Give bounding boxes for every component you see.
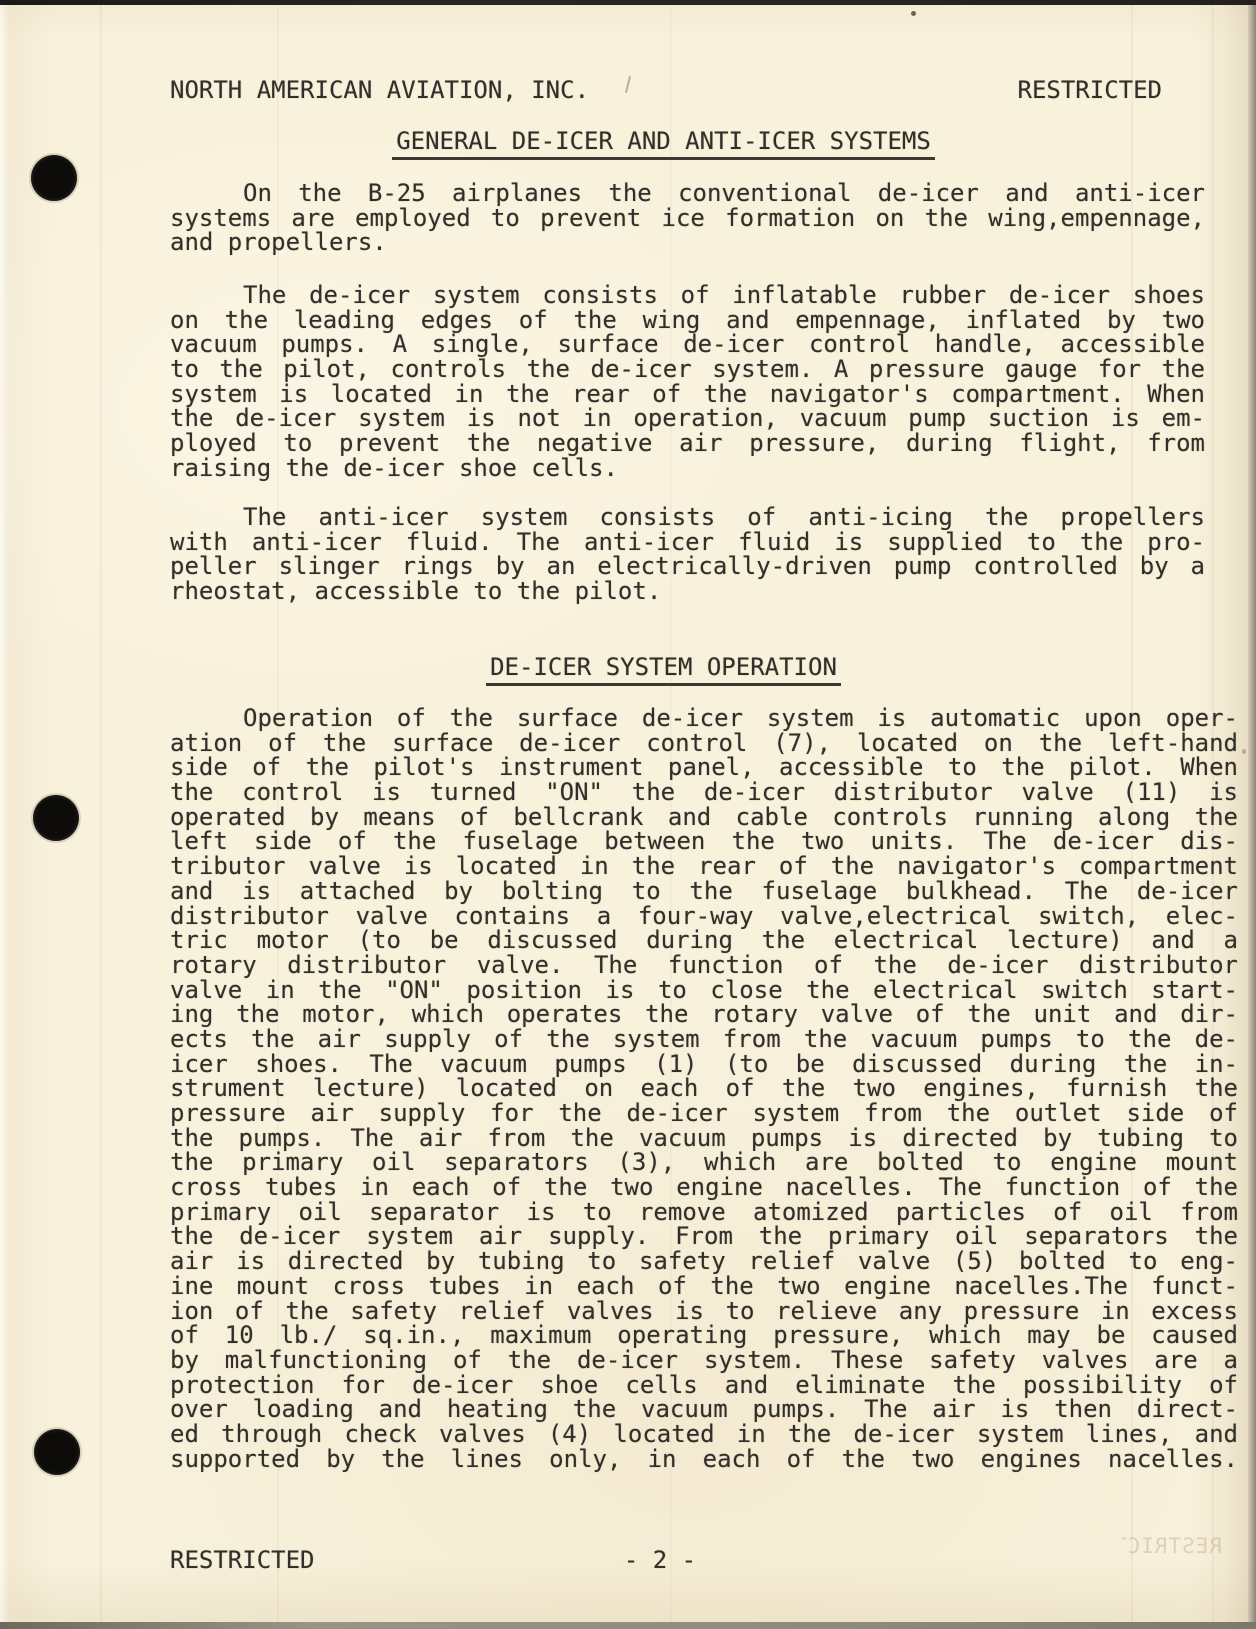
punch-hole bbox=[31, 155, 77, 201]
scanned-document-page: NORTH AMERICAN AVIATION, INC. RESTRICTED… bbox=[0, 0, 1256, 1629]
title-general: GENERAL DE-ICER AND ANTI-ICER SYSTEMS bbox=[170, 127, 1205, 160]
text-line: operated by means of bellcrank and cable… bbox=[170, 805, 1238, 830]
company-name: NORTH AMERICAN AVIATION, INC. bbox=[170, 76, 589, 104]
text-line: peller slinger rings by an electrically-… bbox=[170, 554, 1205, 579]
text-line: distributor valve contains a four-way va… bbox=[170, 904, 1238, 929]
text-line: ed through check valves (4) located in t… bbox=[170, 1422, 1238, 1447]
scan-edge-bottom bbox=[0, 1622, 1256, 1629]
text-line: side of the pilot's instrument panel, ac… bbox=[170, 755, 1238, 780]
ink-speck bbox=[1242, 749, 1246, 754]
text-line: strument lecture) located on each of the… bbox=[170, 1076, 1238, 1101]
text-line: of 10 lb./ sq.in., maximum operating pre… bbox=[170, 1323, 1238, 1348]
text-line: supported by the lines only, in each of … bbox=[170, 1447, 1238, 1472]
text-line: systems are employed to prevent ice form… bbox=[170, 206, 1205, 231]
text-line: rheostat, accessible to the pilot. bbox=[170, 579, 1205, 604]
text-line: pressure air supply for the de-icer syst… bbox=[170, 1101, 1238, 1126]
text-line: cross tubes in each of the two engine na… bbox=[170, 1175, 1238, 1200]
text-line: the de-icer system is not in operation, … bbox=[170, 406, 1205, 431]
text-line: On the B-25 airplanes the conventional d… bbox=[170, 181, 1205, 206]
text-line: system is located in the rear of the nav… bbox=[170, 382, 1205, 407]
text-line: and propellers. bbox=[170, 230, 1205, 255]
text-line: The de-icer system consists of inflatabl… bbox=[170, 283, 1205, 308]
body-paragraph: Operation of the surface de-icer system … bbox=[170, 706, 1238, 1471]
text-line: air is directed by tubing to safety reli… bbox=[170, 1249, 1238, 1274]
text-line: rotary distributor valve. The function o… bbox=[170, 953, 1238, 978]
text-line: left side of the fuselage between the tw… bbox=[170, 829, 1238, 854]
page-number: - 2 - bbox=[170, 1546, 1150, 1574]
text-line: ing the motor, which operates the rotary… bbox=[170, 1002, 1238, 1027]
text-line: raising the de-icer shoe cells. bbox=[170, 456, 1205, 481]
paper-crease bbox=[100, 0, 102, 1629]
text-line: tric motor (to be discussed during the e… bbox=[170, 928, 1238, 953]
text-line: ects the air supply of the system from t… bbox=[170, 1027, 1238, 1052]
text-line: vacuum pumps. A single, surface de-icer … bbox=[170, 332, 1205, 357]
section-heading-text: DE-ICER SYSTEM OPERATION bbox=[486, 653, 841, 686]
punch-hole bbox=[33, 795, 79, 841]
punch-hole bbox=[34, 1429, 80, 1475]
page-header: NORTH AMERICAN AVIATION, INC. RESTRICTED bbox=[170, 76, 1230, 104]
text-line: the primary oil separators (3), which ar… bbox=[170, 1150, 1238, 1175]
classification-stamp-top: RESTRICTED bbox=[1018, 76, 1163, 104]
body-paragraph: The de-icer system consists of inflatabl… bbox=[170, 283, 1205, 481]
text-line: and is attached by bolting to the fusela… bbox=[170, 879, 1238, 904]
text-line: ployed to prevent the negative air press… bbox=[170, 431, 1205, 456]
text-line: ion of the safety relief valves is to re… bbox=[170, 1299, 1238, 1324]
text-line: The anti-icer system consists of anti-ic… bbox=[170, 505, 1205, 530]
text-line: ine mount cross tubes in each of the two… bbox=[170, 1274, 1238, 1299]
text-line: protection for de-icer shoe cells and el… bbox=[170, 1373, 1238, 1398]
text-line: valve in the "ON" position is to close t… bbox=[170, 978, 1238, 1003]
text-line: tributor valve is located in the rear of… bbox=[170, 854, 1238, 879]
ink-speck bbox=[911, 11, 916, 16]
body-paragraph: On the B-25 airplanes the conventional d… bbox=[170, 181, 1205, 255]
text-line: to the pilot, controls the de-icer syste… bbox=[170, 357, 1205, 382]
text-line: the pumps. The air from the vacuum pumps… bbox=[170, 1126, 1238, 1151]
text-line: ation of the surface de-icer control (7)… bbox=[170, 731, 1238, 756]
text-line: by malfunctioning of the de-icer system.… bbox=[170, 1348, 1238, 1373]
heading-operation: DE-ICER SYSTEM OPERATION bbox=[170, 653, 1205, 686]
body-paragraph: The anti-icer system consists of anti-ic… bbox=[170, 505, 1205, 604]
text-line: over loading and heating the vacuum pump… bbox=[170, 1397, 1238, 1422]
text-line: the control is turned "ON" the de-icer d… bbox=[170, 780, 1238, 805]
text-line: Operation of the surface de-icer system … bbox=[170, 706, 1238, 731]
text-line: with anti-icer fluid. The anti-icer flui… bbox=[170, 530, 1205, 555]
section-heading-text: GENERAL DE-ICER AND ANTI-ICER SYSTEMS bbox=[392, 127, 935, 160]
scan-edge-right bbox=[1248, 0, 1256, 1629]
scan-edge-top bbox=[0, 0, 1256, 5]
text-line: on the leading edges of the wing and emp… bbox=[170, 308, 1205, 333]
text-line: the de-icer system air supply. From the … bbox=[170, 1224, 1238, 1249]
text-line: primary oil separator is to remove atomi… bbox=[170, 1200, 1238, 1225]
text-line: icer shoes. The vacuum pumps (1) (to be … bbox=[170, 1052, 1238, 1077]
